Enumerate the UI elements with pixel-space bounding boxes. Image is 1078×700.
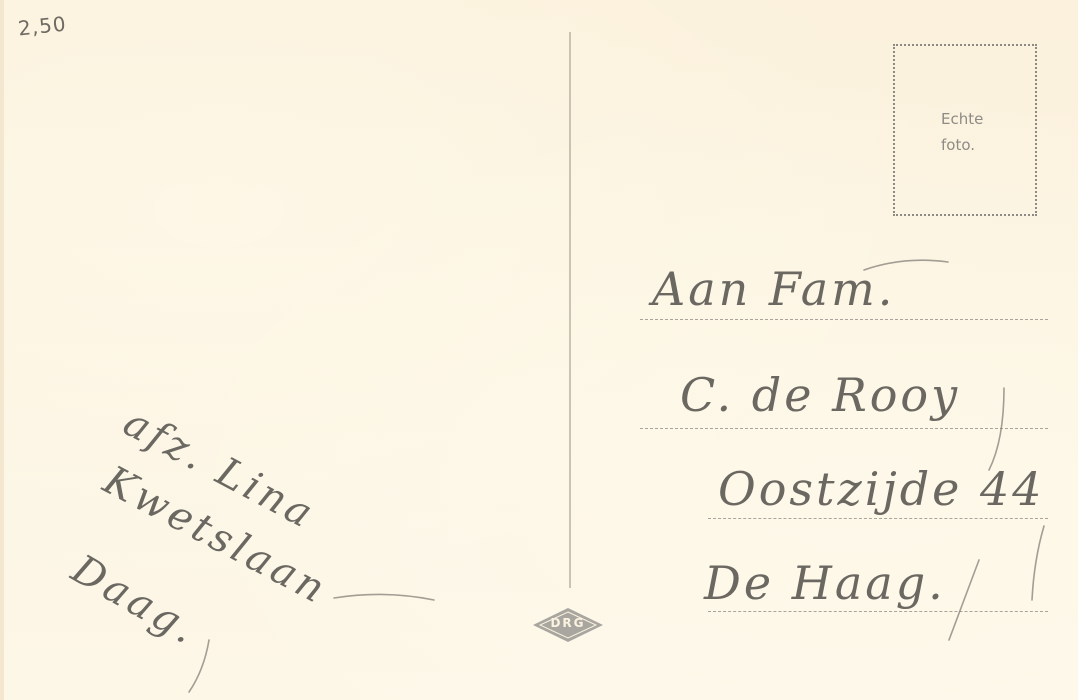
postcard-back: 2,50 Echte foto. Aan Fam. C. de Rooy Oos…	[0, 0, 1078, 700]
kwetslaan-tail-stroke	[334, 594, 434, 600]
center-divider-line	[569, 32, 571, 588]
message-line-3: Daag.	[64, 546, 207, 655]
stamp-box-line2: foto.	[941, 132, 983, 158]
address-rule-1	[640, 319, 1048, 320]
daag-descender-stroke	[189, 640, 209, 692]
stamp-placeholder-box: Echte foto.	[893, 44, 1037, 216]
haag-descender-stroke	[949, 560, 979, 640]
publisher-logo-text: DRG	[532, 616, 604, 630]
44-descender-stroke	[1032, 526, 1044, 600]
address-rule-4	[708, 611, 1048, 612]
address-rule-3	[708, 518, 1048, 519]
address-line-2: C. de Rooy	[680, 368, 960, 422]
price-note: 2,50	[17, 12, 68, 41]
stamp-box-text: Echte foto.	[941, 106, 983, 158]
address-rule-2	[640, 428, 1048, 429]
address-line-1: Aan Fam.	[652, 262, 895, 316]
address-line-4: De Haag.	[704, 556, 946, 610]
rooy-descender-stroke	[989, 388, 1004, 470]
publisher-logo: DRG	[532, 607, 604, 643]
address-line-3: Oostzijde 44	[718, 462, 1045, 516]
stamp-box-line1: Echte	[941, 106, 983, 132]
